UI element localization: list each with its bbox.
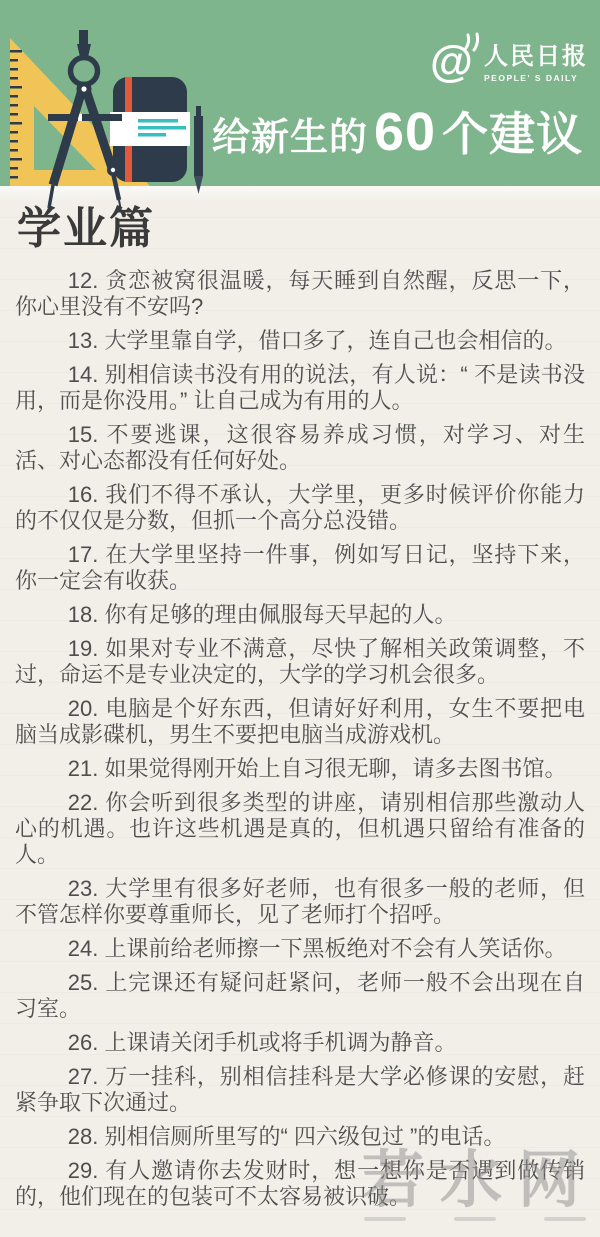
signal-arcs-icon: [462, 32, 484, 52]
tip-item: 24. 上课前给老师擦一下黑板绝对不会有人笑话你。: [15, 936, 585, 962]
tip-item: 20. 电脑是个好东西，但请好好利用，女生不要把电脑当成影碟机，男生不要把电脑当…: [15, 696, 585, 748]
tips-list: 12. 贪恋被窝很温暖，每天睡到自然醒，反思一下，你心里没有不安吗? 13. 大…: [15, 268, 585, 1210]
infographic-page: 给新生的 60 个建议 @ 人民日报 PEOPLE' S DAILY 学业篇 1…: [0, 0, 600, 1237]
tip-item: 22. 你会听到很多类型的讲座，请别相信那些激动人心的机遇。也许这些机遇是真的，…: [15, 790, 585, 868]
page-title: 给新生的 60 个建议: [212, 98, 583, 164]
tip-item: 15. 不要逃课，这很容易养成习惯，对学习、对生活、对心态都没有任何好处。: [15, 422, 585, 474]
tip-item: 16. 我们不得不承认，大学里，更多时候评价你能力的不仅仅是分数，但抓一个高分总…: [15, 482, 585, 534]
tip-item: 18. 你有足够的理由佩服每天早起的人。: [15, 602, 585, 628]
title-prefix: 给新生的: [212, 106, 368, 161]
content-area: 学业篇 12. 贪恋被窝很温暖，每天睡到自然醒，反思一下，你心里没有不安吗? 1…: [0, 186, 600, 1218]
logo-name-en: PEOPLE' S DAILY: [484, 73, 588, 83]
logo-name-cn: 人民日报: [484, 44, 588, 70]
tip-item: 17. 在大学里坚持一件事，例如写日记，坚持下来，你一定会有收获。: [15, 542, 585, 594]
tip-item: 23. 大学里有很多好老师，也有很多一般的老师，但不管怎样你要尊重师长，见了老师…: [15, 876, 585, 928]
tip-item: 27. 万一挂科，别相信挂科是大学必修课的安慰，赶紧争取下次通过。: [15, 1064, 585, 1116]
tip-item: 21. 如果觉得刚开始上自习很无聊，请多去图书馆。: [15, 756, 585, 782]
peoples-daily-logo: @ 人民日报 PEOPLE' S DAILY: [430, 36, 588, 92]
header-banner: 给新生的 60 个建议 @ 人民日报 PEOPLE' S DAILY: [0, 0, 600, 186]
title-number: 60: [374, 101, 436, 163]
drafting-tools-illustration: [0, 0, 235, 215]
tip-item: 14. 别相信读书没有用的说法，有人说：“ 不是读书没用，而是你没用。” 让自己…: [15, 362, 585, 414]
at-icon: @: [430, 36, 480, 92]
tip-item: 19. 如果对专业不满意，尽快了解相关政策调整，不过，命运不是专业决定的，大学的…: [15, 636, 585, 688]
tip-item: 12. 贪恋被窝很温暖，每天睡到自然醒，反思一下，你心里没有不安吗?: [15, 268, 585, 320]
notebook-icon: [110, 77, 190, 182]
tip-item: 28. 别相信厕所里写的“ 四六级包过 ”的电话。: [15, 1124, 585, 1150]
tip-item: 13. 大学里靠自学，借口多了，连自己也会相信的。: [15, 328, 585, 354]
title-suffix: 个建议: [442, 98, 583, 164]
tip-item: 29. 有人邀请你去发财时，想一想你是否遇到做传销的，他们现在的包装可不太容易被…: [15, 1158, 585, 1210]
tip-item: 25. 上完课还有疑问赶紧问，老师一般不会出现在自习室。: [15, 970, 585, 1022]
pen-icon: [194, 106, 203, 194]
tip-item: 26. 上课请关闭手机或将手机调为静音。: [15, 1030, 585, 1056]
